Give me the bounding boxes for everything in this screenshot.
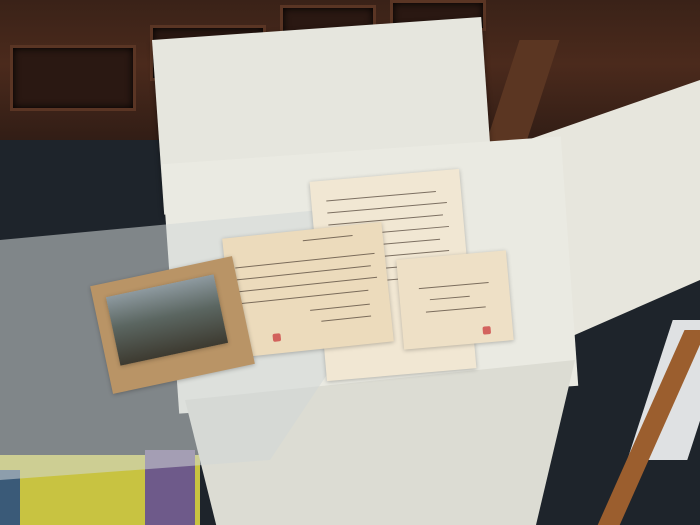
red-stamp: [482, 326, 491, 335]
cabinet-drawer: [10, 45, 136, 111]
red-stamp: [272, 333, 281, 342]
handwritten-letter-right: [396, 250, 513, 349]
